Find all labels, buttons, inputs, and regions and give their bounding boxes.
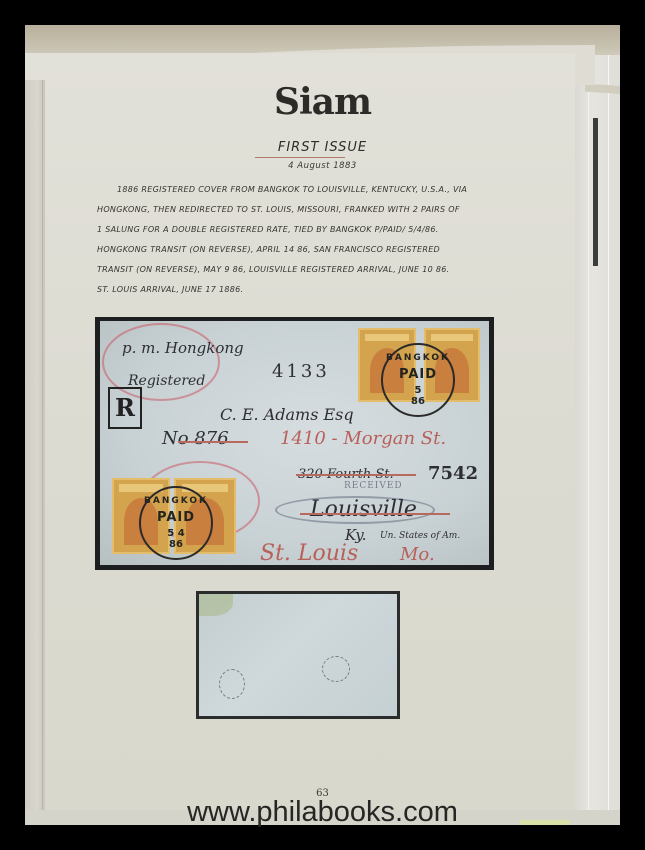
description-line: St. Louis arrival, June 17 1886. (97, 280, 517, 300)
envelope-back (199, 594, 397, 716)
transit-postmark (322, 656, 350, 682)
postmark-text: PAID (383, 367, 453, 382)
registration-box: R (108, 387, 142, 429)
page-title: Siam (0, 81, 645, 123)
postmark-text: 5 4 (167, 528, 184, 539)
bangkok-postmark-right: BANGKOK PAID 586 (381, 343, 455, 417)
description-line: transit (on reverse), May 9 86, Louisvil… (97, 260, 517, 280)
received-handstamp: RECEIVED (344, 481, 403, 491)
cover-description: 1886 registered cover from Bangkok to Lo… (97, 180, 517, 300)
strike-line (300, 513, 450, 515)
manuscript-registered: Registered (128, 373, 205, 389)
manuscript-number-right: 7542 (428, 463, 478, 484)
manuscript-city-struck: Louisville (310, 497, 417, 522)
postmark-text: PAID (157, 510, 195, 525)
manuscript-new-state: Mo. (400, 544, 435, 565)
cover-back-image (196, 591, 400, 719)
description-line: Hongkong transit (on reverse), April 14 … (97, 240, 517, 260)
postmark-text: 586 (383, 385, 453, 407)
description-line: 1886 registered cover from Bangkok to Lo… (97, 180, 517, 200)
postmark-text: BANGKOK (141, 496, 211, 506)
envelope-front: BANGKOK PAID 586 BANGKOK PAID 5 486 R p.… (100, 321, 489, 565)
postmark-text: BANGKOK (383, 353, 453, 363)
section-title: FIRST ISSUE (0, 140, 645, 155)
strike-line (296, 474, 416, 476)
postmark-text: 86 (411, 396, 425, 407)
postmark-text: 5 (415, 385, 422, 396)
cover-front-image: BANGKOK PAID 586 BANGKOK PAID 5 486 R p.… (95, 317, 494, 570)
page-gutter (25, 80, 45, 820)
watermark: www.philabooks.com (0, 796, 645, 829)
description-line: Hongkong, then redirected to St. Louis, … (97, 200, 517, 220)
bangkok-postmark-left: BANGKOK PAID 5 486 (139, 486, 213, 560)
manuscript-number: 4133 (272, 361, 330, 382)
manuscript-street: 1410 - Morgan St. (280, 428, 446, 449)
postmark-text: PAID (141, 510, 211, 525)
manuscript-new-city: St. Louis (260, 541, 358, 565)
manuscript-addressee: C. E. Adams Esq (220, 405, 354, 424)
description-line: 1 Salung for a double registered rate, t… (97, 220, 517, 240)
manuscript-country: Un. States of Am. (380, 531, 460, 541)
envelope-stain (199, 594, 233, 616)
transit-postmark (219, 669, 245, 699)
postmark-text: 5 486 (141, 528, 211, 550)
manuscript-reg-number: No 876 (162, 428, 229, 449)
manuscript-via: p. m. Hongkong (122, 339, 244, 357)
issue-date: 4 August 1883 (0, 161, 645, 171)
section-rule (255, 157, 345, 158)
strike-line (178, 441, 248, 443)
postmark-text: 86 (169, 539, 183, 550)
